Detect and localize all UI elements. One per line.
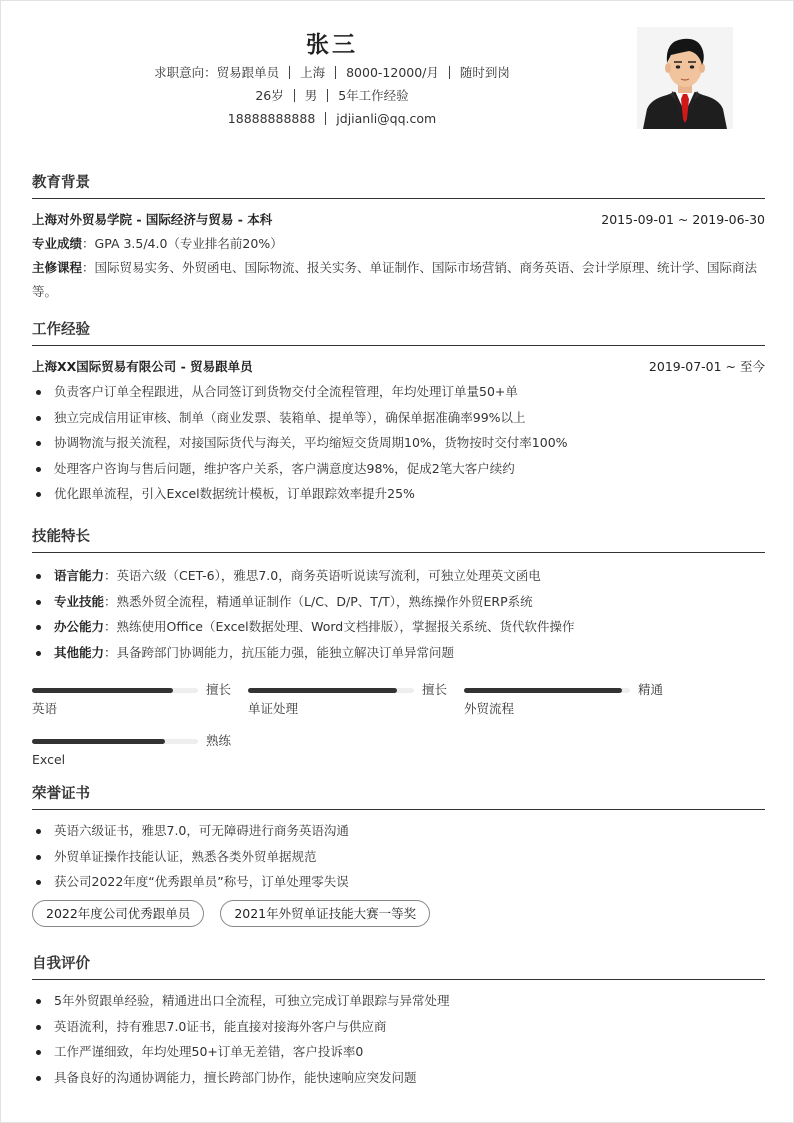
skill-text: ：英语六级（CET-6），雅思7.0，商务英语听说读写流利，可独立处理英文函电 (104, 568, 541, 583)
skill-bar-documents: 擅长 单证处理 (248, 681, 448, 721)
divider (294, 89, 295, 102)
skill-text: ：熟悉外贸全流程，精通单证制作（L/C、D/P、T/T），熟练操作外贸ERP系统 (104, 594, 533, 609)
skills-section: 技能特长 语言能力：英语六级（CET-6），雅思7.0，商务英语听说读写流利，可… (32, 527, 765, 776)
education-section: 教育背景 上海对外贸易学院 - 国际经济与贸易 - 本科 2015-09-01 … (32, 173, 765, 304)
section-title: 自我评价 (32, 954, 765, 980)
gpa-value: ：GPA 3.5/4.0（专业排名前20%） (82, 236, 283, 251)
skills-bullets: 语言能力：英语六级（CET-6），雅思7.0，商务英语听说读写流利，可独立处理英… (32, 563, 765, 665)
skill-name: 英语 (32, 700, 57, 718)
skill-bars: 擅长 英语 擅长 单证处理 精通 外贸流程 熟练 Excel (32, 681, 765, 776)
self-evaluation-bullets: 5年外贸跟单经验，精通进出口全流程，可独立完成订单跟踪与异常处理 英语流利，持有… (32, 988, 765, 1090)
list-item: 外贸单证操作技能认证，熟悉各类外贸单据规范 (32, 844, 765, 870)
experience-years: 5年工作经验 (338, 88, 408, 103)
age: 26岁 (255, 88, 283, 103)
list-item: 协调物流与报关流程，对接国际货代与海关，平均缩短交货周期10%，货物按时交付率1… (32, 430, 765, 456)
contact-line: 18888888888jdjianli@qq.com (1, 107, 663, 130)
list-item: 5年外贸跟单经验，精通进出口全流程，可独立完成订单跟踪与异常处理 (32, 988, 765, 1014)
section-title: 工作经验 (32, 320, 765, 346)
list-item: 专业技能：熟悉外贸全流程，精通单证制作（L/C、D/P、T/T），熟练操作外贸E… (32, 589, 765, 615)
company-position: 上海XX国际贸易有限公司 - 贸易跟单员 (32, 354, 253, 379)
resume-page: 张三 求职意向：贸易跟单员上海8000-12000/月随时到岗 26岁男5年工作… (0, 0, 794, 1123)
gender: 男 (305, 88, 318, 103)
gpa-line: 专业成绩：GPA 3.5/4.0（专业排名前20%） (32, 232, 765, 256)
phone: 18888888888 (228, 111, 315, 126)
skill-level: 擅长 (422, 681, 447, 699)
honors-bullets: 英语六级证书，雅思7.0，可无障碍进行商务英语沟通 外贸单证操作技能认证，熟悉各… (32, 818, 765, 895)
skill-bar-track (32, 688, 198, 693)
candidate-name: 张三 (1, 29, 663, 61)
section-title: 教育背景 (32, 173, 765, 199)
avatar (637, 27, 733, 129)
skill-label: 其他能力 (54, 645, 104, 660)
skill-name: Excel (32, 751, 65, 769)
skill-label: 办公能力 (54, 619, 104, 634)
avatar-portrait-icon (637, 27, 733, 129)
skill-text: ：具备跨部门协调能力，抗压能力强，能独立解决订单异常问题 (104, 645, 454, 660)
list-item: 办公能力：熟练使用Office（Excel数据处理、Word文档排版），掌握报关… (32, 614, 765, 640)
education-dates: 2015-09-01 ~ 2019-06-30 (601, 207, 765, 232)
location: 上海 (300, 65, 325, 80)
work-entry-header: 上海XX国际贸易有限公司 - 贸易跟单员 2019-07-01 ~ 至今 (32, 354, 765, 379)
email: jdjianli@qq.com (336, 111, 436, 126)
list-item: 优化跟单流程，引入Excel数据统计模板，订单跟踪效率提升25% (32, 481, 765, 507)
skill-bar-track (464, 688, 630, 693)
job-intent: 求职意向：贸易跟单员 (154, 65, 279, 80)
divider (449, 66, 450, 79)
skill-bar-fill (464, 688, 622, 693)
skill-label: 专业技能 (54, 594, 104, 609)
honors-section: 荣誉证书 英语六级证书，雅思7.0，可无障碍进行商务英语沟通 外贸单证操作技能认… (32, 784, 765, 927)
divider (327, 89, 328, 102)
skill-bar-excel: 熟练 Excel (32, 732, 232, 772)
personal-info-line: 26岁男5年工作经验 (1, 84, 663, 107)
school-major-degree: 上海对外贸易学院 - 国际经济与贸易 - 本科 (32, 207, 272, 232)
list-item: 独立完成信用证审核、制单（商业发票、装箱单、提单等），确保单据准确率99%以上 (32, 405, 765, 431)
work-dates: 2019-07-01 ~ 至今 (649, 354, 765, 379)
education-entry-header: 上海对外贸易学院 - 国际经济与贸易 - 本科 2015-09-01 ~ 201… (32, 207, 765, 232)
list-item: 具备良好的沟通协调能力，擅长跨部门协作，能快速响应突发问题 (32, 1065, 765, 1091)
list-item: 工作严谨细致，年均处理50+订单无差错，客户投诉率0 (32, 1039, 765, 1065)
self-evaluation-section: 自我评价 5年外贸跟单经验，精通进出口全流程，可独立完成订单跟踪与异常处理 英语… (32, 954, 765, 1090)
availability: 随时到岗 (460, 65, 510, 80)
skill-bar-fill (32, 688, 173, 693)
list-item: 处理客户咨询与售后问题，维护客户关系，客户满意度达98%，促成2笔大客户续约 (32, 456, 765, 482)
skill-level: 熟练 (206, 732, 231, 750)
courses-label: 主修课程 (32, 260, 82, 275)
skill-bar-english: 擅长 英语 (32, 681, 232, 721)
divider (289, 66, 290, 79)
courses-line: 主修课程：国际贸易实务、外贸函电、国际物流、报关实务、单证制作、国际市场营销、商… (32, 256, 765, 304)
gpa-label: 专业成绩 (32, 236, 82, 251)
skill-name: 单证处理 (248, 700, 298, 718)
honor-tag: 2022年度公司优秀跟单员 (32, 900, 204, 927)
work-section: 工作经验 上海XX国际贸易有限公司 - 贸易跟单员 2019-07-01 ~ 至… (32, 320, 765, 507)
list-item: 获公司2022年度“优秀跟单员”称号，订单处理零失误 (32, 869, 765, 895)
salary: 8000-12000/月 (346, 65, 439, 80)
list-item: 其他能力：具备跨部门协调能力，抗压能力强，能独立解决订单异常问题 (32, 640, 765, 666)
section-title: 荣誉证书 (32, 784, 765, 810)
resume-header: 张三 求职意向：贸易跟单员上海8000-12000/月随时到岗 26岁男5年工作… (1, 29, 663, 130)
list-item: 语言能力：英语六级（CET-6），雅思7.0，商务英语听说读写流利，可独立处理英… (32, 563, 765, 589)
skill-label: 语言能力 (54, 568, 104, 583)
skill-bar-fill (32, 739, 165, 744)
job-intent-line: 求职意向：贸易跟单员上海8000-12000/月随时到岗 (1, 61, 663, 84)
courses-value: ：国际贸易实务、外贸函电、国际物流、报关实务、单证制作、国际市场营销、商务英语、… (32, 260, 757, 299)
list-item: 英语流利，持有雅思7.0证书，能直接对接海外客户与供应商 (32, 1014, 765, 1040)
skill-text: ：熟练使用Office（Excel数据处理、Word文档排版），掌握报关系统、货… (104, 619, 574, 634)
skill-bar-fill (248, 688, 397, 693)
skill-name: 外贸流程 (464, 700, 514, 718)
skill-bar-trade-process: 精通 外贸流程 (464, 681, 664, 721)
divider (325, 112, 326, 125)
section-title: 技能特长 (32, 527, 765, 553)
honor-tag: 2021年外贸单证技能大赛一等奖 (220, 900, 430, 927)
skill-bar-track (248, 688, 414, 693)
list-item: 负责客户订单全程跟进，从合同签订到货物交付全流程管理，年均处理订单量50+单 (32, 379, 765, 405)
skill-level: 精通 (638, 681, 663, 699)
work-bullets: 负责客户订单全程跟进，从合同签订到货物交付全流程管理，年均处理订单量50+单 独… (32, 379, 765, 507)
divider (335, 66, 336, 79)
list-item: 英语六级证书，雅思7.0，可无障碍进行商务英语沟通 (32, 818, 765, 844)
honor-tags: 2022年度公司优秀跟单员 2021年外贸单证技能大赛一等奖 (32, 900, 765, 927)
skill-bar-track (32, 739, 198, 744)
skill-level: 擅长 (206, 681, 231, 699)
